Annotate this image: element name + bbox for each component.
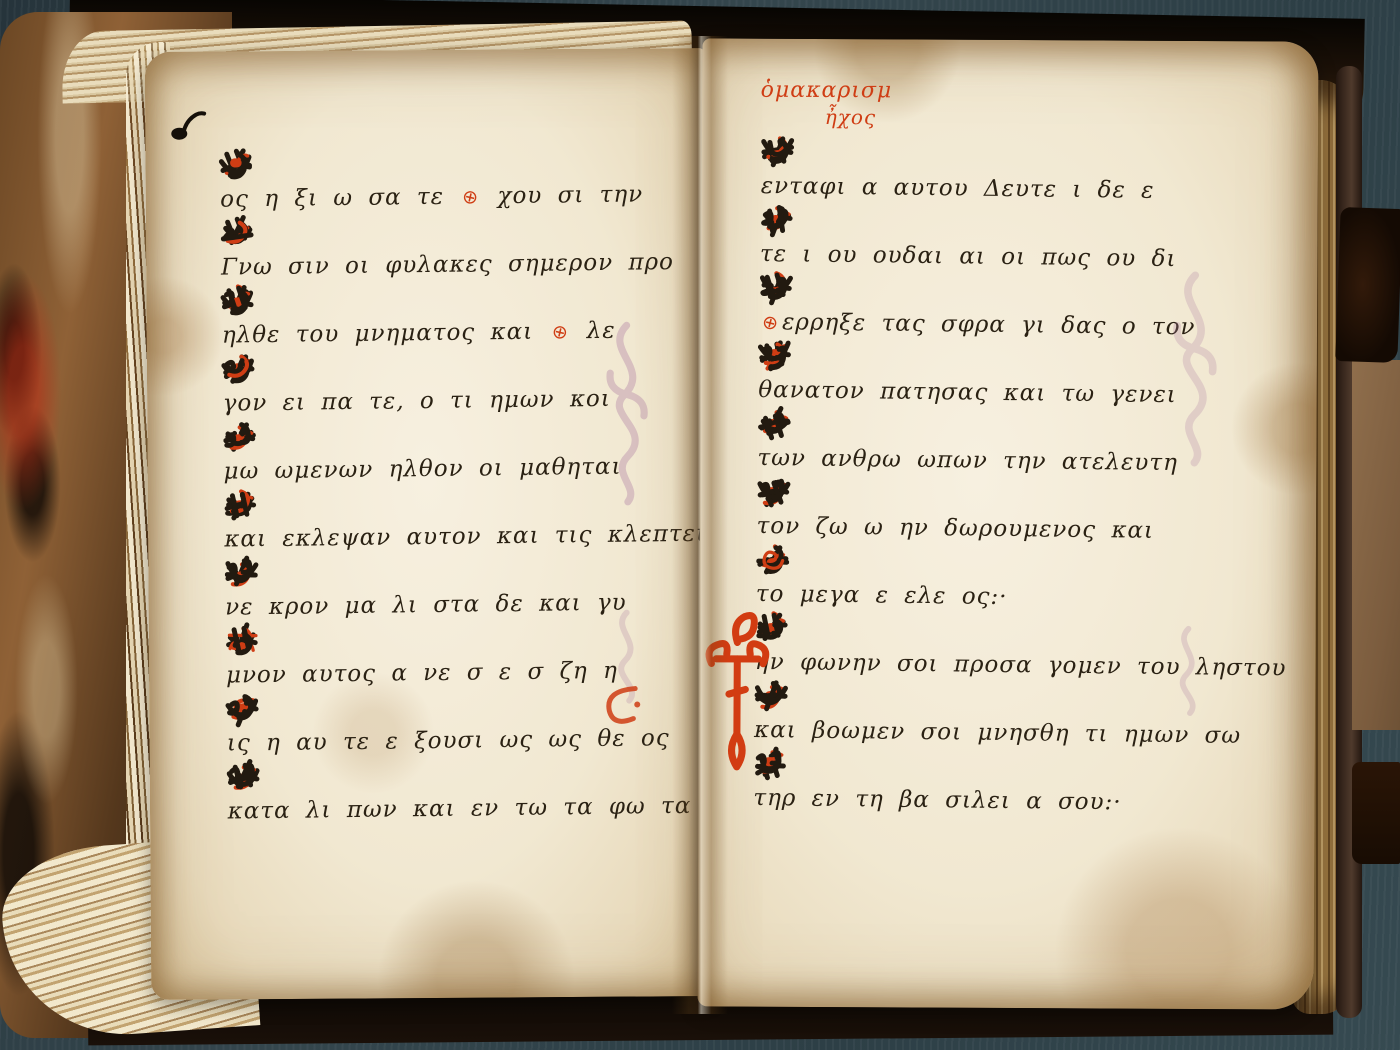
manuscript-line-neumes [221,279,657,318]
red-fthora-mark: ⊕ [459,179,483,216]
neume-glyph [219,147,254,182]
manuscript-photo: ος η ξι ω σα τε ⊕ χου σι τηνΓνω σιν οι φ… [0,0,1400,1050]
manuscript-page-right: 6 ὁμακαρισμ ἦχος ενταφι α αυτου Δευτε ι … [697,38,1318,1009]
manuscript-line-neumes [225,551,661,590]
red-margin-curl [595,680,651,736]
manuscript-line-text: το μεγα ε ελε ος:· [756,577,1248,617]
manuscript-line-text: κατα λι πων και εν τω τα φω τα [227,789,663,828]
faded-pink-ornament [1156,267,1233,471]
neume-glyph [757,335,793,371]
right-folio-text-column: ενταφι α αυτου Δευτε ι δε ετε ι ου ουδαι… [753,135,1253,821]
neume-glyph [226,689,260,723]
cardboard-insert [1352,360,1400,730]
rubric-title: ὁμακαρισμ [702,77,892,104]
manuscript-page-left: ος η ξι ω σα τε ⊕ χου σι τηνΓνω σιν οι φ… [145,48,712,1000]
neume-glyph [759,206,794,241]
neume-glyph [219,219,255,255]
manuscript-line-neumes [220,211,656,250]
manuscript-line-text: Γνω σιν οι φυλακες σημερον προ [221,245,657,284]
leather-strap-lower [1352,762,1400,864]
ink-blot [169,104,209,148]
neume-glyph [760,133,796,169]
neume-glyph [757,405,792,440]
neume-glyph [220,348,257,385]
manuscript-line-text: και βοωμεν σοι μνησθη τι ημων σω [754,713,1246,753]
neume-glyph [224,623,261,660]
rubric-block: ὁμακαρισμ ἦχος [702,77,892,130]
faded-lilac-ornament [591,320,664,506]
rubric-mode-label: ἦχος [702,103,892,130]
neume-glyph [755,541,791,577]
manuscript-line-text: ος η ξι ω σα τε ⊕ χου σι την [220,177,656,216]
neume-glyph [222,489,259,526]
manuscript-line-text: τον ζω ω ην δωρουμενος και [756,509,1248,549]
red-fthora-mark: ⊕ [548,314,572,351]
manuscript-line-neumes [227,755,663,794]
ornate-red-initial-tau [701,602,774,778]
manuscript-line-text: ενταφι α αυτου Δευτε ι δε ε [761,169,1253,209]
neume-glyph [759,271,794,306]
neume-glyph [226,761,261,796]
neume-glyph [223,418,257,452]
manuscript-line-neumes [220,143,656,182]
manuscript-line-text: τηρ εν τη βα σιλει α σου:· [753,781,1245,821]
manuscript-line-text: και εκλεψαν αυτον και τις κλεπτει [224,517,660,556]
neume-glyph [755,476,791,512]
neume-glyph [224,555,258,589]
neume-glyph [221,285,255,319]
faded-pink-ornament-small [1159,625,1217,717]
leather-strap-upper [1335,207,1400,363]
